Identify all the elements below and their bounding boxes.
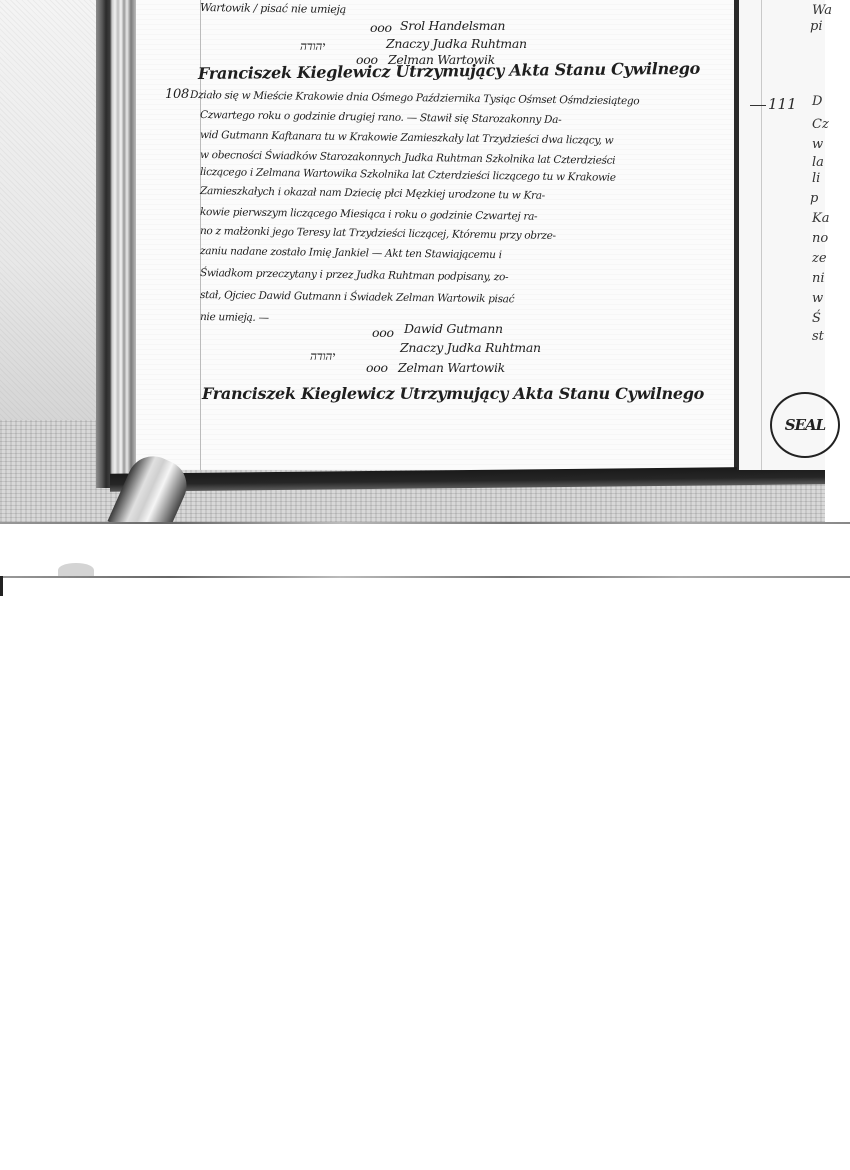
- right-fragment-1: Wa: [812, 4, 832, 17]
- scan-artifact: [58, 563, 94, 577]
- right-fragment-3: D: [812, 95, 822, 108]
- official-seal-icon: SEAL: [770, 392, 840, 458]
- right-fragment-4: Cz: [812, 118, 829, 131]
- carryover-line: Wartowik / pisać nie umieją: [200, 2, 346, 15]
- carryover-signature-1-mark: ooo: [370, 22, 392, 35]
- right-fragment-12: ni: [812, 272, 825, 285]
- right-fragment-2: pi: [810, 20, 822, 33]
- carryover-hebrew-mark: יהודה: [300, 40, 325, 52]
- fold-line: [0, 576, 850, 578]
- right-fragment-15: st: [812, 330, 824, 343]
- left-edge-mark: [0, 576, 3, 596]
- registrar-header-bottom: Franciszek Kieglewicz Utrzymujący Akta S…: [202, 386, 704, 402]
- right-fragment-5: w: [812, 138, 823, 151]
- margin-act-number: 111: [768, 95, 797, 113]
- right-fragment-6: la: [812, 156, 824, 169]
- right-fragment-9: Ka: [812, 212, 829, 225]
- act-number: 108: [165, 88, 189, 101]
- book-spine: [96, 0, 136, 488]
- right-fragment-13: w: [812, 292, 823, 305]
- signature-1-mark: ooo: [372, 327, 394, 340]
- right-fragment-7: li: [812, 172, 820, 185]
- seal-monogram: SEAL: [785, 416, 825, 434]
- carryover-signature-2: Znaczy Judka Ruhtman: [386, 38, 527, 51]
- signature-dawid-gutmann: Dawid Gutmann: [404, 323, 503, 336]
- signature-3-mark: ooo: [366, 362, 388, 375]
- hebrew-mark: יהודה: [310, 350, 335, 362]
- signature-zelman-wartowik: Zelman Wartowik: [398, 362, 505, 375]
- right-fragment-11: ze: [812, 252, 827, 265]
- body-line-12: nie umieją. —: [200, 312, 269, 323]
- right-fragment-8: p: [810, 192, 818, 205]
- right-fragment-10: no: [812, 232, 828, 245]
- right-page-rule: [761, 0, 762, 470]
- right-fragment-14: Ś: [812, 312, 821, 325]
- signature-judka-ruhtman: Znaczy Judka Ruhtman: [400, 342, 541, 355]
- scan-edge-line: [0, 522, 850, 524]
- carryover-signature-1: Srol Handelsman: [400, 20, 505, 33]
